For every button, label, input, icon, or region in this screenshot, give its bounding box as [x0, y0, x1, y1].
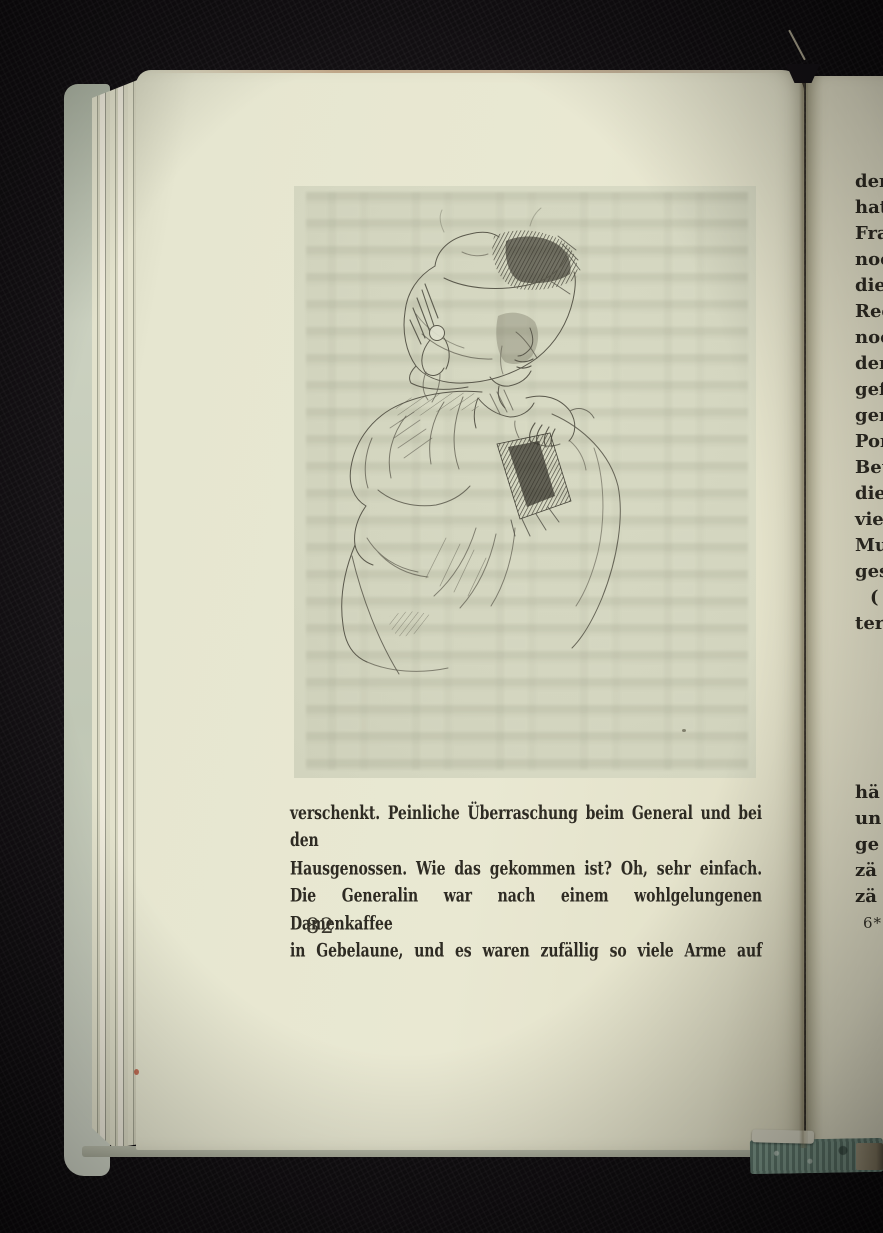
illustration-plate	[294, 186, 756, 778]
text-line-fragment: die	[855, 481, 883, 507]
text-line-fragment: un	[855, 806, 881, 832]
text-line-fragment: der	[855, 169, 883, 195]
paper-fleck	[682, 729, 686, 732]
text-line-fragment: Rech	[855, 299, 883, 325]
right-page-line-fragments: derhattFranochdieRechnochdengefugerePorB…	[855, 169, 883, 637]
open-book-photograph: verschenkt. Peinliche Überraschung beim …	[0, 0, 883, 1233]
text-line-fragment: viel	[855, 507, 883, 533]
paragraph-line: Hausgenossen. Wie das gekommen ist? Oh, …	[290, 855, 762, 883]
paragraph-line: in Gebelaune, und es waren zufällig so v…	[290, 938, 762, 966]
page-edges-stack	[92, 74, 140, 1150]
text-line-fragment: gere	[855, 403, 883, 429]
book-gutter	[799, 70, 808, 1148]
right-page-lower-fragments: häungezäzä	[855, 780, 881, 910]
stray-fiber	[788, 30, 806, 61]
text-line-fragment: gefu	[855, 377, 883, 403]
right-page-sliver: derhattFranochdieRechnochdengefugerePorB…	[806, 76, 883, 1148]
text-line-fragment: noch	[855, 325, 883, 351]
text-line-fragment: gest	[855, 559, 883, 585]
red-speck	[134, 1069, 139, 1075]
illustration-woman-in-wide-brimmed-hat	[294, 186, 756, 778]
paragraph-line: Die Generalin war nach einem wohlgelunge…	[290, 883, 762, 938]
text-line-fragment: Fra	[855, 221, 883, 247]
text-line-fragment: zä	[855, 884, 881, 910]
paragraph-block: verschenkt. Peinliche Überraschung beim …	[290, 800, 762, 965]
text-line-fragment: die	[855, 273, 883, 299]
binding-cloth-tab	[856, 1143, 883, 1170]
text-line-fragment: ge	[855, 832, 881, 858]
text-line-fragment: hä	[855, 780, 881, 806]
text-line-fragment: noch	[855, 247, 883, 273]
text-line-fragment: (	[855, 585, 883, 611]
signature-mark: 6*	[863, 914, 882, 932]
text-line-fragment: den	[855, 351, 883, 377]
paragraph-line: verschenkt. Peinliche Überraschung beim …	[290, 800, 762, 855]
page-number: 82	[306, 914, 335, 938]
text-line-fragment: Mu	[855, 533, 883, 559]
text-line-fragment: Por	[855, 429, 883, 455]
text-line-fragment: teri	[855, 611, 883, 637]
text-line-fragment: Bet	[855, 455, 883, 481]
text-line-fragment: hatt	[855, 195, 883, 221]
text-line-fragment: zä	[855, 858, 881, 884]
left-page: verschenkt. Peinliche Überraschung beim …	[136, 70, 804, 1150]
